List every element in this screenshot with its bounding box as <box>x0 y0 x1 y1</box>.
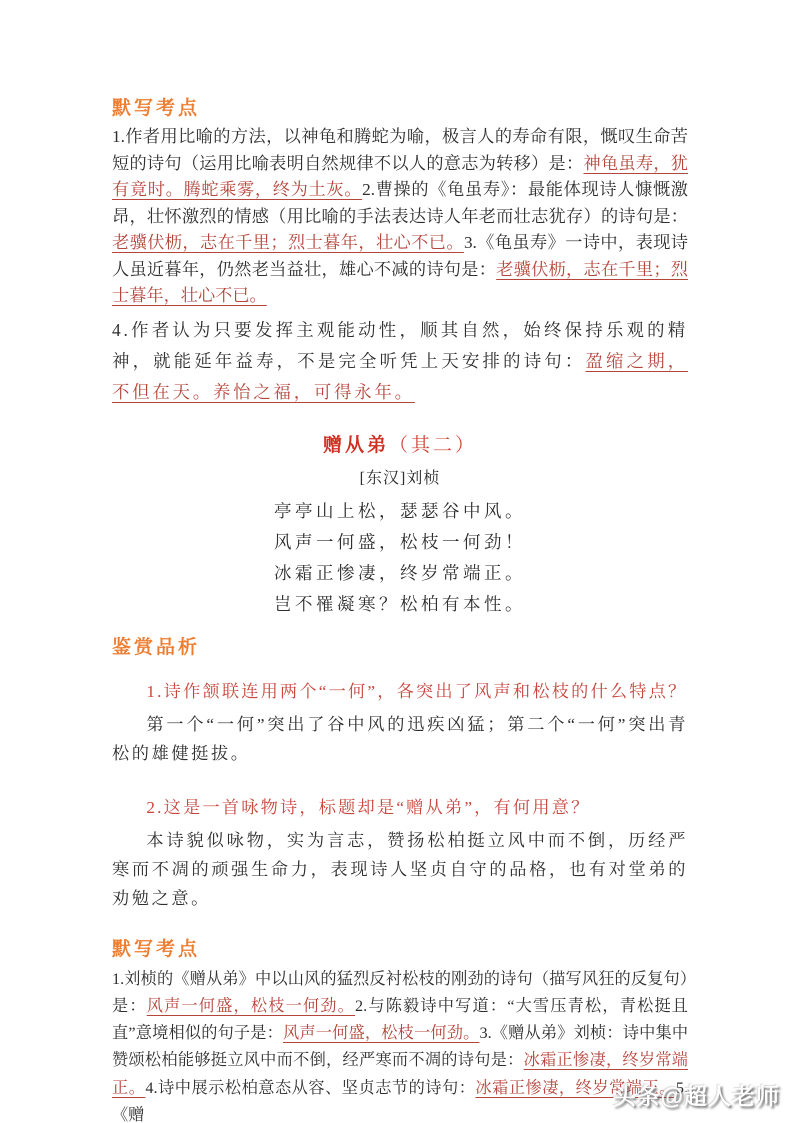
dictation2-paragraph: 1.刘桢的《赠从弟》中以山风的猛烈反衬松枝的刚劲的诗句（描写风狂的反复句）是：风… <box>112 966 688 1123</box>
section-heading-dictation-1: 默写考点 <box>112 98 688 120</box>
poem-verse-line: 冰霜正惨凄，终岁常端正。 <box>112 558 688 589</box>
poem-verse-line: 风声一何盛，松枝一何劲！ <box>112 527 688 558</box>
document-page: { "colors": { "heading_orange": "#ed7d31… <box>0 0 794 1123</box>
poem-verses: 亭亭山上松，瑟瑟谷中风。 风声一何盛，松枝一何劲！ 冰霜正惨凄，终岁常端正。 岂… <box>112 496 688 620</box>
appreciation-question-2: 2.这是一首咏物诗，标题却是“赠从弟”，有何用意？ <box>112 794 688 821</box>
document-content: 默写考点 1.作者用比喻的方法，以神龟和腾蛇为喻，极言人的寿命有限，慨叹生命苦短… <box>112 98 688 1123</box>
poem-block: 赠从弟（其二） [东汉]刘桢 亭亭山上松，瑟瑟谷中风。 风声一何盛，松枝一何劲！… <box>112 434 688 620</box>
body-text-run: 4.诗中展示松柏意态从容、坚贞志节的诗句： <box>145 1079 475 1097</box>
poem-verse-line: 亭亭山上松，瑟瑟谷中风。 <box>112 496 688 527</box>
dictation1-paragraph-item-4: 4.作者认为只要发挥主观能动性，顺其自然，始终保持乐观的精神，就能延年益寿，不是… <box>112 315 688 408</box>
toutiao-watermark: 头条@超人老师 <box>613 1078 780 1111</box>
poem-title-main: 赠从弟 <box>323 435 389 456</box>
poem-title-subtitle: （其二） <box>389 435 477 456</box>
appreciation-answer-1: 第一个“一何”突出了谷中风的迅疾凶猛；第二个“一何”突出青松的雄健挺拔。 <box>112 710 688 768</box>
answer-underlined-text: 老骥伏枥，志在千里；烈士暮年，壮心不已。 <box>112 233 464 252</box>
section-heading-appreciation: 鉴赏品析 <box>112 637 688 659</box>
answer-underlined-text: 风声一何盛，松枝一何劲。 <box>283 1024 479 1042</box>
appreciation-question-1: 1.诗作颔联连用两个“一何”，各突出了风声和松枝的什么特点？ <box>112 678 688 705</box>
answer-underlined-text: 风声一何盛，松枝一何劲。 <box>147 997 355 1015</box>
section-heading-dictation-2: 默写考点 <box>112 939 688 961</box>
poem-title: 赠从弟（其二） <box>112 434 688 458</box>
poem-verse-line: 岂不罹凝寒？松柏有本性。 <box>112 589 688 620</box>
poem-author: [东汉]刘桢 <box>112 469 688 489</box>
appreciation-answer-2: 本诗貌似咏物，实为言志，赞扬松柏挺立风中而不倒，历经严寒而不凋的顽强生命力，表现… <box>112 826 688 913</box>
dictation1-paragraph-items-1-3: 1.作者用比喻的方法，以神龟和腾蛇为喻，极言人的寿命有限，慨叹生命苦短的诗句（运… <box>112 124 688 310</box>
